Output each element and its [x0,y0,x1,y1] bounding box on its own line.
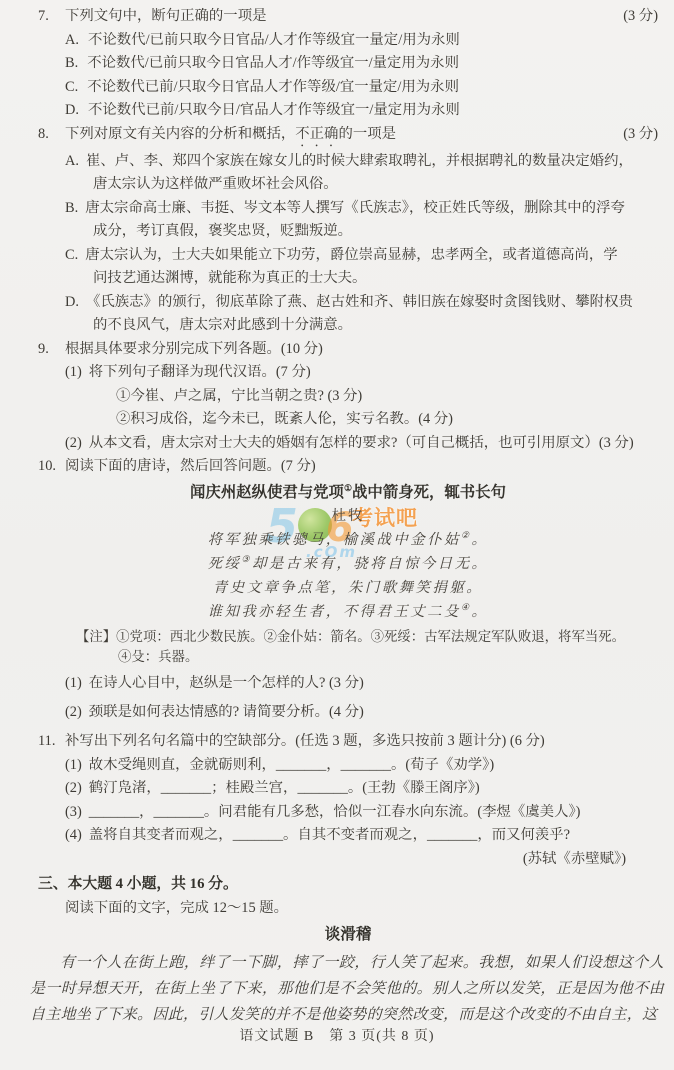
q8-stem-emphasis: 不正确 [295,126,338,142]
q8-option-d-line2: 的不良风气，唐太宗对此感到十分满意。 [93,314,658,338]
q8-option-c: C.唐太宗认为，士大夫如果能立下功劳，爵位崇高显赫，忠孝两全，或者道德高尚，学问… [65,244,658,291]
q8-option-b-label: B. [65,200,78,216]
poem-line-1-note-mark: ② [461,530,472,540]
q9-sub2: (2)从本文看，唐太宗对士大夫的婚姻有怎样的要求?（可自己概括，也可引用原文）(… [65,432,658,456]
poem-note-1-text: ①党项：西北少数民族。②金仆姑：箭名。③死绥：古军法规定军队败退，将军当死。 [116,629,625,644]
q7-option-b: B.不论数代/已前只取今日官品人才/作等级宜一/量定用为永则 [65,52,658,76]
q7-option-c: C.不论数代已前/只取今日官品人才作等级/宜一量定/用为永则 [65,76,658,100]
q11-item-4-text: 盖将自其变者而观之，_______。自其不变者而观之，_______，而又何羡乎… [89,827,570,843]
q11-item-2: (2)鹤汀凫渚，_______；桂殿兰宫，_______。(王勃《滕王阁序》) [65,777,658,801]
poem-line-4-text: 谁知我亦轻生者，不得君王丈二殳 [208,604,461,620]
q7-stem-row: 7. 下列文句中，断句正确的一项是 (3 分) [38,5,658,29]
q11-stem: 补写出下列名句名篇中的空缺部分。(任选 3 题，多选只按前 3 题计分) (6 … [65,730,658,754]
q11-item-1: (1)故木受绳则直，金就砺则利，_______，_______。(荀子《劝学》) [65,754,658,778]
q10-sub2-text: 颈联是如何表达情感的? 请简要分析。(4 分) [89,704,364,720]
q8-option-c-line1: 唐太宗认为，士大夫如果能立下功劳，爵位崇高显赫，忠孝两全，或者道德高尚，学 [85,247,617,263]
q8-option-b-line1: 唐太宗命高士廉、韦挺、岑文本等人撰写《氏族志》，校正姓氏等级，删除其中的浮夸 [85,200,625,216]
q7-option-b-text: 不论数代/已前只取今日官品人才/作等级宜一/量定用为永则 [87,55,459,71]
q9-sub2-label: (2) [65,435,82,451]
q9-stem-row: 9. 根据具体要求分别完成下列各题。(10 分) [38,338,658,362]
q11-number: 11. [38,730,65,754]
q10-sub1: (1)在诗人心目中，赵纵是一个怎样的人? (3 分) [65,672,658,696]
poem-note-line-2: ④殳：兵器。 [118,647,658,667]
q11-item-4-label: (4) [65,827,82,843]
q7-option-c-text: 不论数代已前/只取今日官品人才作等级/宜一量定/用为永则 [87,79,459,95]
q8-option-c-line2: 问技艺通达渊博，就能称为真正的士大夫。 [93,267,658,291]
q11-item-2-text: 鹤汀凫渚，_______；桂殿兰宫，_______。(王勃《滕王阁序》) [89,780,480,796]
q8-option-b: B.唐太宗命高士廉、韦挺、岑文本等人撰写《氏族志》，校正姓氏等级，删除其中的浮夸… [65,197,658,244]
poem-line-2: 死绥③却是古来有，骁将自惊今日无。 [38,552,658,576]
q11-item-4: (4)盖将自其变者而观之，_______。自其不变者而观之，_______，而又… [65,824,658,848]
q11-item-2-label: (2) [65,780,82,796]
exam-paper-page: 5 6 考试吧 .cOm 7. 下列文句中，断句正确的一项是 (3 分) A.不… [0,0,674,1070]
q8-option-a-line1: 崔、卢、李、郑四个家族在嫁女儿的时候大肆索取聘礼，并根据聘礼的数量决定婚约， [86,153,633,169]
q10-sub1-label: (1) [65,675,82,691]
q11-item-3-label: (3) [65,804,82,820]
q7-option-b-label: B. [65,55,78,71]
poem-title-pre: 闻庆州赵纵使君与党项 [190,484,344,501]
section-3-heading: 三、本大题 4 小题，共 16 分。 [38,873,658,897]
poem-line-1-end: 。 [472,532,489,548]
q8-stem-post: 的一项是 [338,126,396,142]
poem-note-label: 【注】 [76,629,116,644]
poem-title: 闻庆州赵纵使君与党项①战中箭身死，辄书长句 [38,481,658,505]
q9-sub1-label: (1) [65,364,82,380]
q7-score: (3 分) [623,5,658,29]
q9-translate-item1: ①今崔、卢之属，宁比当朝之贵? (3 分) [116,385,658,409]
q11-item-3-text: _______，_______。问君能有几多愁，恰似一江春水向东流。(李煜《虞美… [89,804,581,820]
q8-option-a: A.崔、卢、李、郑四个家族在嫁女儿的时候大肆索取聘礼，并根据聘礼的数量决定婚约，… [65,150,658,197]
q7-option-d: D.不论数代已前/只取今日/官品人才作等级宜一/量定用为永则 [65,99,658,123]
q9-sub1: (1)将下列句子翻译为现代汉语。(7 分) [65,361,658,385]
q9-number: 9. [38,338,65,362]
q8-number: 8. [38,123,65,147]
q9-sub1-text: 将下列句子翻译为现代汉语。(7 分) [89,364,311,380]
q8-option-b-line2: 成分，考订真假，褒奖忠贤，贬黜叛逆。 [93,220,658,244]
section-3-intro: 阅读下面的文字，完成 12～15 题。 [65,897,658,921]
q11-item-1-label: (1) [65,757,82,773]
q7-number: 7. [38,5,65,29]
q10-sub1-text: 在诗人心目中，赵纵是一个怎样的人? (3 分) [89,675,364,691]
q10-number: 10. [38,455,65,479]
poem-line-1: 将军独乘铁骢马，榆溪战中金仆姑②。 [38,528,658,552]
q7-option-c-label: C. [65,79,78,95]
poem-author: 杜牧 [38,505,658,529]
q8-stem-row: 8. 下列对原文有关内容的分析和概括，不正确的一项是 (3 分) [38,123,658,150]
essay-title: 谈滑稽 [38,922,658,947]
q11-item-3: (3)_______，_______。问君能有几多愁，恰似一江春水向东流。(李煜… [65,801,658,825]
poem-title-post: 战中箭身死，辄书长句 [352,484,506,501]
poem-line-4-end: 。 [472,604,489,620]
poem-line-4: 谁知我亦轻生者，不得君王丈二殳④。 [38,600,658,624]
q8-stem: 下列对原文有关内容的分析和概括，不正确的一项是 [65,123,611,150]
q9-stem: 根据具体要求分别完成下列各题。(10 分) [65,338,658,362]
q11-stem-row: 11. 补写出下列名句名篇中的空缺部分。(任选 3 题，多选只按前 3 题计分)… [38,730,658,754]
q7-stem: 下列文句中，断句正确的一项是 [65,5,611,29]
q8-option-a-label: A. [65,153,79,169]
q8-option-d: D.《氏族志》的颁行，彻底革除了燕、赵古姓和齐、韩旧族在嫁娶时贪图钱财、攀附权贵… [65,291,658,338]
q8-score: (3 分) [623,123,658,147]
q10-stem: 阅读下面的唐诗，然后回答问题。(7 分) [65,455,658,479]
page-footer: 语文试题 B 第 3 页(共 8 页) [0,1025,674,1049]
q10-sub2: (2)颈联是如何表达情感的? 请简要分析。(4 分) [65,701,658,725]
q7-option-a: A.不论数代/已前只取今日官品/人才作等级宜一量定/用为永则 [65,29,658,53]
q10-stem-row: 10. 阅读下面的唐诗，然后回答问题。(7 分) [38,455,658,479]
poem-line-2-note-mark: ③ [241,554,252,564]
poem-line-2-end: 却是古来有，骁将自惊今日无。 [252,556,488,572]
q7-option-d-label: D. [65,102,79,118]
q9-translate-item2: ②积习成俗，迄今未已，既紊人伦，实亏名教。(4 分) [116,408,658,432]
poem-line-2-text: 死绥 [208,556,242,572]
q7-option-a-label: A. [65,32,79,48]
poem-line-1-text: 将军独乘铁骢马，榆溪战中金仆姑 [208,532,461,548]
q11-item-1-text: 故木受绳则直，金就砺则利，_______，_______。(荀子《劝学》) [89,757,494,773]
poem-line-3: 青史文章争点笔，朱门歌舞笑捐躯。 [38,576,658,600]
page-content: 7. 下列文句中，断句正确的一项是 (3 分) A.不论数代/已前只取今日官品/… [0,0,674,1028]
q8-option-d-line1: 《氏族志》的颁行，彻底革除了燕、赵古姓和齐、韩旧族在嫁娶时贪图钱财、攀附权贵 [86,294,633,310]
q11-item-4-attribution: (苏轼《赤壁赋》) [38,848,658,872]
poem-note-line-1: 【注】①党项：西北少数民族。②金仆姑：箭名。③死绥：古军法规定军队败退，将军当死… [76,627,658,647]
q8-option-c-label: C. [65,247,78,263]
q8-stem-pre: 下列对原文有关内容的分析和概括， [65,126,295,142]
q8-option-a-line2: 唐太宗认为这样做严重败坏社会风俗。 [93,173,658,197]
poem-title-note-mark: ① [344,482,352,492]
poem-line-4-note-mark: ④ [461,602,472,612]
q7-option-a-text: 不论数代/已前只取今日官品/人才作等级宜一量定/用为永则 [88,32,460,48]
q9-sub2-text: 从本文看，唐太宗对士大夫的婚姻有怎样的要求?（可自己概括，也可引用原文）(3 分… [89,435,634,451]
q8-option-d-label: D. [65,294,79,310]
q7-option-d-text: 不论数代已前/只取今日/官品人才作等级宜一/量定用为永则 [88,102,460,118]
essay-paragraph: 有一个人在街上跑，绊了一下脚，摔了一跤，行人笑了起来。我想，如果人们设想这个人是… [30,950,664,1028]
q10-sub2-label: (2) [65,704,82,720]
